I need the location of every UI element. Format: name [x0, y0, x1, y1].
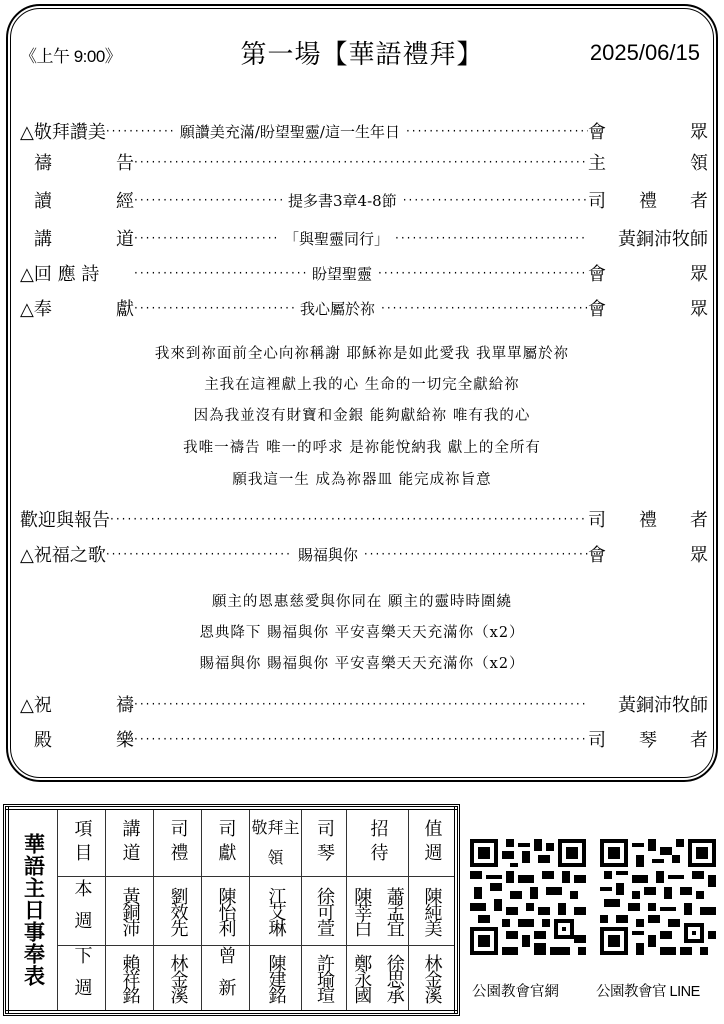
duty-header: 招待 — [347, 808, 409, 876]
duty-table-title: 華語主日事奉表 — [7, 808, 58, 1012]
order-detail: 賜福與你 — [292, 544, 364, 565]
qr-code-icon — [600, 839, 716, 955]
order-label: 禱告 — [20, 149, 134, 175]
offering-lyric-line: 主我在這裡獻上我的心 生命的一切完全獻給祢 — [0, 373, 724, 394]
leader-dots — [134, 154, 588, 170]
order-item-sermon: 講道 「與聖靈同行」 黃銅沛牧師 — [20, 224, 708, 252]
order-item-offering: △奉獻 我心屬於祢 會眾 — [20, 294, 708, 322]
duty-cell: 陳怡利 — [202, 876, 250, 945]
qr-code-line[interactable] — [600, 839, 716, 955]
duty-cell: 徐思承鄭永國 — [347, 945, 409, 1012]
order-detail: 提多書3章4-8節 — [282, 190, 403, 211]
leader-dots — [134, 696, 588, 712]
leader-dots — [106, 123, 174, 139]
blessing-lyric-line: 恩典降下 賜福與你 平安喜樂天天充滿你（x2） — [0, 621, 724, 642]
leader-dots — [110, 511, 588, 527]
order-leader: 司禮者 — [588, 187, 708, 213]
qr-label-line: 公園教會官 LINE — [596, 980, 700, 1001]
order-item-response: △回 應 詩 盼望聖靈 會眾 — [20, 259, 708, 287]
order-label: 講道 — [20, 225, 134, 251]
duty-cell: 蕭孟宜陳莘白 — [347, 876, 409, 945]
leader-dots — [134, 265, 306, 281]
duty-cell: 許瑜瑄 — [302, 945, 347, 1012]
order-detail: 「與聖靈同行」 — [278, 228, 395, 249]
offering-lyric-line: 願我這一生 成為祢器皿 能完成祢旨意 — [0, 468, 724, 489]
duty-cell: 江艾琳 — [250, 876, 302, 945]
blessing-lyric-line: 賜福與你 賜福與你 平安喜樂天天充滿你（x2） — [0, 652, 724, 673]
duty-cell: 陳純美 — [409, 876, 457, 945]
order-item-worship: △敬拜讚美 願讚美充滿/盼望聖靈/這一生年日 會眾 — [20, 117, 708, 145]
duty-cell: 賴祥銘 — [106, 945, 154, 1012]
duty-cell: 黃銅沛 — [106, 876, 154, 945]
duty-row-label: 下週 — [58, 945, 106, 1012]
order-leader: 黃銅沛牧師 — [588, 691, 708, 717]
order-detail: 願讚美充滿/盼望聖靈/這一生年日 — [174, 121, 406, 142]
duty-cell: 徐可萱 — [302, 876, 347, 945]
leader-dots — [134, 300, 294, 316]
duty-header: 講道 — [106, 808, 154, 876]
order-leader: 司琴者 — [588, 726, 708, 752]
offering-lyric-line: 因為我並沒有財寶和金銀 能夠獻給祢 唯有我的心 — [0, 404, 724, 425]
order-label: 讀經 — [20, 187, 134, 213]
leader-dots — [381, 300, 588, 316]
duty-row-label: 本週 — [58, 876, 106, 945]
order-leader: 主領 — [588, 149, 708, 175]
leader-dots — [378, 265, 588, 281]
duty-header: 值週 — [409, 808, 457, 876]
order-detail: 盼望聖靈 — [306, 263, 378, 284]
offering-lyric-line: 我來到祢面前全心向祢稱謝 耶穌祢是如此愛我 我單單屬於祢 — [0, 342, 724, 363]
duty-header: 敬拜主領 — [250, 808, 302, 876]
service-date: 2025/06/15 — [590, 40, 700, 66]
duty-row-next-week: 下週 賴祥銘 林金溪 曾新 陳建銘 許瑜瑄 徐思承鄭永國 林金溪 — [7, 945, 456, 1012]
duty-cell: 林金溪 — [409, 945, 457, 1012]
order-item-announcements: 歡迎與報告 司禮者 — [20, 505, 708, 533]
order-label: 殿樂 — [20, 726, 134, 752]
leader-dots — [403, 192, 588, 208]
qr-label-website: 公園教會官網 — [472, 980, 559, 1001]
duty-cell: 曾新 — [202, 945, 250, 1012]
order-label: 歡迎與報告 — [20, 506, 110, 532]
order-label: △祝福之歌 — [20, 541, 106, 567]
duty-row-this-week: 本週 黃銅沛 劉效先 陳怡利 江艾琳 徐可萱 蕭孟宜陳莘白 陳純美 — [7, 876, 456, 945]
order-leader: 會眾 — [588, 118, 708, 144]
leader-dots — [106, 546, 292, 562]
order-item-postlude: 殿樂 司琴者 — [20, 725, 708, 753]
duty-header: 司琴 — [302, 808, 347, 876]
duty-roster-table: 華語主日事奉表 項目 講道 司禮 司獻 敬拜主領 司琴 招待 值週 本週 黃銅沛… — [5, 806, 458, 1014]
leader-dots — [134, 192, 282, 208]
leader-dots — [395, 230, 588, 246]
order-label: △敬拜讚美 — [20, 118, 106, 144]
order-label: △奉獻 — [20, 295, 134, 321]
order-leader: 黃銅沛牧師 — [588, 225, 708, 251]
order-item-prayer: 禱告 主領 — [20, 148, 708, 176]
duty-header: 司禮 — [154, 808, 202, 876]
leader-dots — [134, 230, 278, 246]
duty-cell: 陳建銘 — [250, 945, 302, 1012]
duty-cell: 林金溪 — [154, 945, 202, 1012]
order-leader: 會眾 — [588, 541, 708, 567]
duty-header-row: 華語主日事奉表 項目 講道 司禮 司獻 敬拜主領 司琴 招待 值週 — [7, 808, 456, 876]
duty-cell: 劉效先 — [154, 876, 202, 945]
order-item-blessing-song: △祝福之歌 賜福與你 會眾 — [20, 540, 708, 568]
duty-header: 司獻 — [202, 808, 250, 876]
order-item-scripture: 讀經 提多書3章4-8節 司禮者 — [20, 186, 708, 214]
qr-code-website[interactable] — [470, 839, 586, 955]
order-detail: 我心屬於祢 — [294, 298, 381, 319]
order-leader: 會眾 — [588, 295, 708, 321]
order-label: △祝禱 — [20, 691, 134, 717]
order-item-benediction: △祝禱 黃銅沛牧師 — [20, 690, 708, 718]
leader-dots — [364, 546, 588, 562]
qr-code-icon — [470, 839, 586, 955]
duty-header: 項目 — [58, 808, 106, 876]
offering-lyric-line: 我唯一禱告 唯一的呼求 是祢能悅納我 獻上的全所有 — [0, 436, 724, 457]
blessing-lyric-line: 願主的恩惠慈愛與你同在 願主的靈時時圍繞 — [0, 590, 724, 611]
order-label: △回 應 詩 — [20, 260, 134, 286]
order-leader: 司禮者 — [588, 506, 708, 532]
leader-dots — [406, 123, 588, 139]
leader-dots — [134, 731, 588, 747]
order-leader: 會眾 — [588, 260, 708, 286]
